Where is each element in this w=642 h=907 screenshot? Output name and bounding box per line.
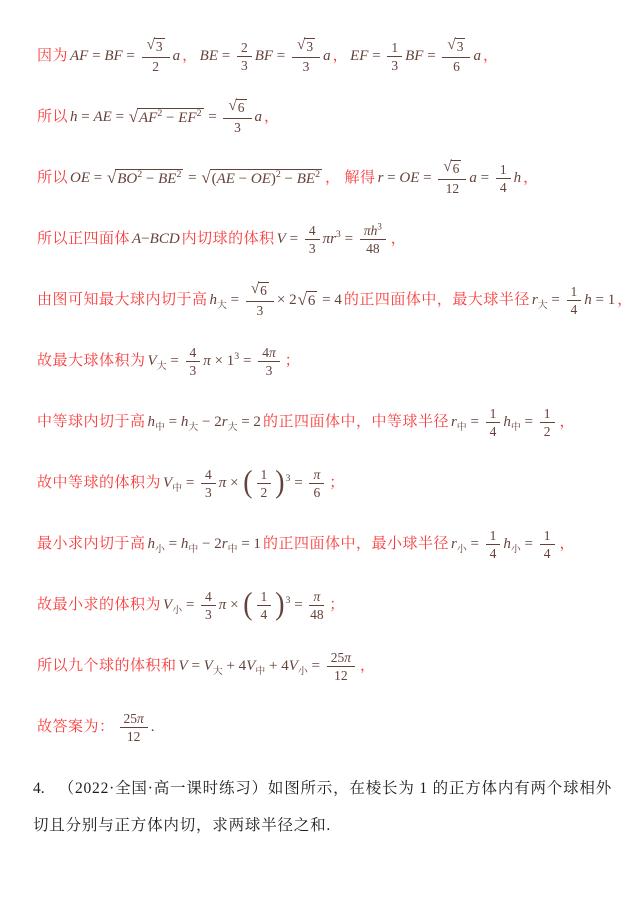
math-run: A	[132, 231, 141, 247]
punctuation: ，	[483, 48, 499, 64]
math-run: =	[182, 597, 198, 613]
solution-line-big-sphere: 由图可知最大球内切于高h大 = √63× 2√6 = 4的正四面体中，最大球半径…	[0, 270, 642, 331]
square-root: √(AE − OE)2 − BE2	[201, 169, 322, 189]
superscript: 2	[315, 169, 320, 180]
math-run: 6	[313, 485, 320, 500]
math-run: BCD	[150, 231, 180, 247]
math-run: =	[368, 48, 384, 64]
punctuation: ；	[285, 353, 301, 369]
math-run: EF	[178, 110, 196, 126]
chinese-text: 故最大球体积为	[37, 353, 146, 369]
fraction: 14	[486, 406, 501, 440]
fraction: 13	[387, 40, 402, 74]
math-run: 3	[266, 363, 273, 378]
math-run: V	[277, 231, 286, 247]
math-run: AE	[93, 109, 111, 125]
punctuation: ，	[560, 414, 576, 430]
math-run: 48	[310, 607, 324, 622]
math-run: 6	[453, 59, 460, 74]
math-run: × 2	[277, 292, 297, 308]
math-run: =	[205, 109, 221, 125]
math-run: =	[419, 170, 435, 186]
math-run: 4	[205, 589, 212, 604]
subscript: 中	[457, 422, 467, 433]
math-run: 3	[234, 120, 241, 135]
math-run: × 1	[211, 353, 234, 369]
solution-line-oe-r: 所以OE = √BO2 − BE2 = √(AE − OE)2 − BE2，解得…	[0, 148, 642, 209]
math-run: =	[88, 48, 104, 64]
chinese-text: 中等球内切于高	[37, 414, 146, 430]
math-run: 3	[205, 607, 212, 622]
math-run: V	[148, 353, 157, 369]
subscript: 小	[155, 544, 165, 555]
math-run: 1	[544, 528, 551, 543]
math-run: 12	[334, 668, 348, 683]
math-run: =	[218, 48, 234, 64]
math-run: BE	[200, 48, 218, 64]
punctuation: ，	[182, 48, 198, 64]
math-run: h	[70, 109, 78, 125]
punctuation: ，	[617, 292, 633, 308]
math-run: =	[477, 170, 493, 186]
math-run: 4	[490, 424, 497, 439]
math-run: 3	[309, 241, 316, 256]
math-run: 4	[544, 546, 551, 561]
math-run: V	[246, 658, 255, 674]
math-run: 3	[303, 59, 310, 74]
math-run: 4	[262, 345, 269, 360]
fraction: π6	[309, 467, 324, 501]
math-run: =	[112, 109, 128, 125]
radicand: 6	[236, 99, 247, 117]
fraction: 43	[186, 345, 201, 379]
math-run: h	[514, 170, 522, 186]
math-run: h	[148, 414, 156, 430]
math-run: 4	[571, 302, 578, 317]
subscript: 小	[298, 666, 308, 677]
math-run: 2	[261, 485, 268, 500]
chinese-text: 的正四面体中，中等球半径	[263, 414, 449, 430]
punctuation: ，	[360, 658, 376, 674]
fraction: 14	[496, 162, 511, 196]
math-run: =	[90, 170, 106, 186]
math-run: 3	[257, 303, 264, 318]
chinese-text: 的正四面体中，最小球半径	[263, 536, 449, 552]
left-paren: (	[243, 471, 252, 497]
subscript: 大	[157, 361, 167, 372]
math-run: π	[313, 467, 320, 482]
chinese-text: 故最小求的体积为	[37, 597, 161, 613]
math-run: + 4	[223, 658, 246, 674]
math-run: a	[469, 170, 477, 186]
math-run: πh	[364, 223, 378, 238]
radicand: BO2 − BE2	[115, 169, 183, 189]
punctuation: ；	[329, 475, 345, 491]
math-run: V	[204, 658, 213, 674]
math-run: a	[173, 48, 181, 64]
fraction: √36	[442, 38, 470, 74]
math-run: 6	[238, 100, 245, 115]
chinese-text: 内切球的体积	[182, 231, 275, 247]
math-run: OE	[399, 170, 419, 186]
math-run: AF	[139, 110, 157, 126]
math-run: BF	[255, 48, 273, 64]
square-root: √6	[298, 291, 318, 311]
math-run: 25	[124, 711, 138, 726]
math-run: =	[521, 414, 537, 430]
solution-line-mid-sphere-volume: 故中等球的体积为V中 = 43π × (12)3 = π6；	[0, 453, 642, 514]
math-run: 4	[190, 345, 197, 360]
math-run: h	[584, 292, 592, 308]
fraction: 43	[305, 223, 320, 257]
math-run: =	[341, 231, 357, 247]
radicand: 6	[451, 160, 462, 178]
punctuation: ；	[329, 597, 345, 613]
fraction: 25π12	[327, 650, 355, 684]
math-run: =	[167, 353, 183, 369]
math-run: − 2	[198, 414, 221, 430]
subscript: 小	[511, 544, 521, 555]
punctuation: ，	[325, 170, 341, 186]
solution-line-mid-sphere: 中等球内切于高h中 = h大 − 2r大 = 2的正四面体中，中等球半径r中 =…	[0, 392, 642, 453]
math-run: AF	[70, 48, 88, 64]
math-run: =	[239, 353, 255, 369]
solution-line-h-ae: 所以h = AE = √AF2 − EF2 = √63a，	[0, 87, 642, 148]
problem-number: 4.	[33, 780, 45, 797]
chinese-text: 所以	[37, 109, 68, 125]
chinese-text: 因为	[37, 48, 68, 64]
chinese-text: 所以正四面体	[37, 231, 130, 247]
radicand: 3	[455, 38, 466, 56]
fraction: 23	[237, 40, 252, 74]
math-run: 1	[571, 284, 578, 299]
math-run: 12	[127, 729, 141, 744]
math-run: 6	[260, 283, 267, 298]
math-run: h	[503, 414, 511, 430]
fraction: 14	[257, 589, 272, 623]
solution-line-total-volume: 所以九个球的体积和V = V大 + 4V中 + 4V小 = 25π12，	[0, 636, 642, 697]
square-root: √AF2 − EF2	[129, 108, 204, 128]
math-run: =	[423, 48, 439, 64]
punctuation: ，	[391, 231, 407, 247]
subscript: 小	[457, 544, 467, 555]
subscript: 中	[511, 422, 521, 433]
math-run: 4	[205, 467, 212, 482]
subscript: 大	[228, 422, 238, 433]
math-run: 3	[457, 39, 464, 54]
math-run: V	[163, 597, 172, 613]
math-run: =	[188, 658, 204, 674]
math-run: = 2	[237, 414, 260, 430]
math-run: 25	[331, 650, 345, 665]
math-run: h	[210, 292, 218, 308]
math-run: 3	[190, 363, 197, 378]
fraction: √33	[292, 38, 320, 74]
math-run: 4	[309, 223, 316, 238]
math-run: 3	[156, 39, 163, 54]
math-run: = 1	[237, 536, 260, 552]
math-run: 4	[500, 180, 507, 195]
square-root: √6	[251, 282, 269, 300]
math-run: V	[163, 475, 172, 491]
radicand: 3	[154, 38, 165, 56]
math-run: π	[269, 345, 276, 360]
fraction: √63	[223, 99, 251, 135]
math-run: =	[308, 658, 324, 674]
fraction: 25π12	[120, 711, 148, 745]
math-run: 3	[205, 485, 212, 500]
solution-line-big-sphere-volume: 故最大球体积为V大 = 43π × 13 = 4π3；	[0, 331, 642, 392]
solution-line-small-sphere-volume: 故最小求的体积为V小 = 43π × (14)3 = π48；	[0, 575, 642, 636]
subscript: 小	[172, 605, 182, 616]
math-run: 6	[453, 161, 460, 176]
math-run: 48	[366, 241, 380, 256]
chinese-text: 由图可知最大球内切于高	[37, 292, 208, 308]
math-run: π	[344, 650, 351, 665]
chinese-text: 的正四面体中，最大球半径	[344, 292, 530, 308]
chinese-text: 所以	[37, 170, 68, 186]
math-run: 1	[261, 589, 268, 604]
fraction: √32	[142, 38, 170, 74]
math-run: h	[503, 536, 511, 552]
math-run: =	[286, 231, 302, 247]
subscript: 中	[188, 544, 198, 555]
math-run: V	[179, 658, 188, 674]
math-run: −	[162, 110, 178, 126]
subscript: 中	[155, 422, 165, 433]
math-run: a	[323, 48, 331, 64]
square-root: √6	[443, 160, 461, 178]
math-run: =	[467, 414, 483, 430]
math-run: 4	[490, 546, 497, 561]
subscript: 大	[213, 666, 223, 677]
math-run: OE	[251, 171, 271, 187]
radicand: (AE − OE)2 − BE2	[210, 169, 322, 189]
math-run: 3	[391, 58, 398, 73]
fraction: πh348	[360, 223, 386, 257]
math-run: BO	[117, 171, 137, 187]
fraction: 4π3	[258, 345, 280, 379]
math-run: −	[235, 171, 251, 187]
math-run: =	[383, 170, 399, 186]
math-run: π	[203, 353, 211, 369]
document-page: 因为AF = BF = √32a，BE = 23BF = √33a，EF = 1…	[0, 0, 642, 907]
math-run: BF	[104, 48, 122, 64]
fraction: 43	[201, 467, 216, 501]
math-run: 1	[544, 406, 551, 421]
radicand: AF2 − EF2	[137, 108, 204, 128]
chinese-text: 解得	[345, 170, 376, 186]
math-run: 1	[261, 467, 268, 482]
math-run: =	[78, 109, 94, 125]
fraction: π48	[309, 589, 324, 623]
fraction: 12	[540, 406, 555, 440]
math-run: = 4	[318, 292, 341, 308]
math-run: =	[165, 536, 181, 552]
superscript: 2	[197, 108, 202, 119]
math-run: −	[142, 171, 158, 187]
chinese-text: 故答案为：	[37, 719, 115, 735]
radicand: 3	[304, 38, 315, 56]
math-run: a	[473, 48, 481, 64]
fraction: 14	[486, 528, 501, 562]
subscript: 中	[172, 483, 182, 494]
math-run: AE	[217, 171, 235, 187]
math-run: EF	[350, 48, 368, 64]
math-run: ×	[226, 597, 242, 613]
punctuation: ，	[560, 536, 576, 552]
math-run: −	[281, 171, 297, 187]
math-run: −	[141, 231, 149, 247]
math-run: =	[227, 292, 243, 308]
subscript: 大	[188, 422, 198, 433]
square-root: √3	[297, 38, 315, 56]
superscript: 2	[176, 169, 181, 180]
radicand: 6	[306, 291, 318, 311]
math-run: + 4	[265, 658, 288, 674]
square-root: √3	[447, 38, 465, 56]
subscript: 中	[255, 666, 265, 677]
square-root: √BO2 − BE2	[107, 169, 183, 189]
square-root: √3	[147, 38, 165, 56]
square-root: √6	[228, 99, 246, 117]
math-run: h	[148, 536, 156, 552]
math-run: 4	[261, 607, 268, 622]
math-run: BE	[297, 171, 315, 187]
right-paren: )	[275, 471, 284, 497]
solution-line-tetra-volume: 所以正四面体A−BCD内切球的体积V = 43πr3 = πh348，	[0, 209, 642, 270]
radicand: 6	[258, 282, 269, 300]
subscript: 大	[538, 300, 548, 311]
math-run: =	[290, 475, 306, 491]
math-run: 1	[490, 528, 497, 543]
math-run: =	[521, 536, 537, 552]
subscript: 中	[228, 544, 238, 555]
solution-line-because-af-bf-ef: 因为AF = BF = √32a，BE = 23BF = √33a，EF = 1…	[0, 26, 642, 87]
math-run: πr	[323, 231, 336, 247]
chinese-text: 故中等球的体积为	[37, 475, 161, 491]
math-run: BE	[158, 171, 176, 187]
punctuation: ，	[333, 48, 349, 64]
punctuation: ，	[264, 109, 280, 125]
math-run: ×	[226, 475, 242, 491]
right-paren: )	[275, 593, 284, 619]
math-run: =	[123, 48, 139, 64]
math-run: =	[182, 475, 198, 491]
fraction: √63	[246, 282, 274, 318]
left-paren: (	[243, 593, 252, 619]
math-run: = 1	[592, 292, 615, 308]
fraction: 14	[540, 528, 555, 562]
fraction: 12	[257, 467, 272, 501]
punctuation: ，	[523, 170, 539, 186]
math-run: 3	[306, 39, 313, 54]
math-run: =	[548, 292, 564, 308]
math-run: 1	[490, 406, 497, 421]
math-run: 1	[500, 162, 507, 177]
math-run: OE	[70, 170, 90, 186]
superscript: 3	[377, 221, 381, 231]
math-run: 12	[446, 181, 460, 196]
math-run: BF	[405, 48, 423, 64]
fraction: 43	[201, 589, 216, 623]
math-run: .	[151, 719, 155, 735]
math-run: 2	[152, 59, 159, 74]
math-run: =	[165, 414, 181, 430]
math-run: π	[137, 711, 144, 726]
problem-text: （2022·全国·高一课时练习）如图所示，在棱长为 1 的正方体内有两个球相外切…	[33, 780, 612, 834]
solution-steps: 因为AF = BF = √32a，BE = 23BF = √33a，EF = 1…	[0, 0, 642, 758]
math-run: V	[289, 658, 298, 674]
math-run: 1	[391, 40, 398, 55]
problem-statement: 4.（2022·全国·高一课时练习）如图所示，在棱长为 1 的正方体内有两个球相…	[33, 770, 612, 844]
math-run: =	[273, 48, 289, 64]
math-run: =	[290, 597, 306, 613]
subscript: 大	[217, 300, 227, 311]
math-run: π	[313, 589, 320, 604]
fraction: √612	[438, 160, 466, 196]
solution-line-answer: 故答案为：25π12.	[0, 697, 642, 758]
chinese-text: 最小求内切于高	[37, 536, 146, 552]
math-run: =	[184, 170, 200, 186]
fraction: 14	[567, 284, 582, 318]
math-run: 3	[241, 58, 248, 73]
math-run: 2	[241, 40, 248, 55]
math-run: =	[467, 536, 483, 552]
math-run: − 2	[198, 536, 221, 552]
math-run: a	[255, 109, 263, 125]
math-run: 2	[544, 424, 551, 439]
chinese-text: 所以九个球的体积和	[37, 658, 177, 674]
math-run: 6	[308, 293, 316, 309]
solution-line-small-sphere: 最小求内切于高h小 = h中 − 2r中 = 1的正四面体中，最小球半径r小 =…	[0, 514, 642, 575]
